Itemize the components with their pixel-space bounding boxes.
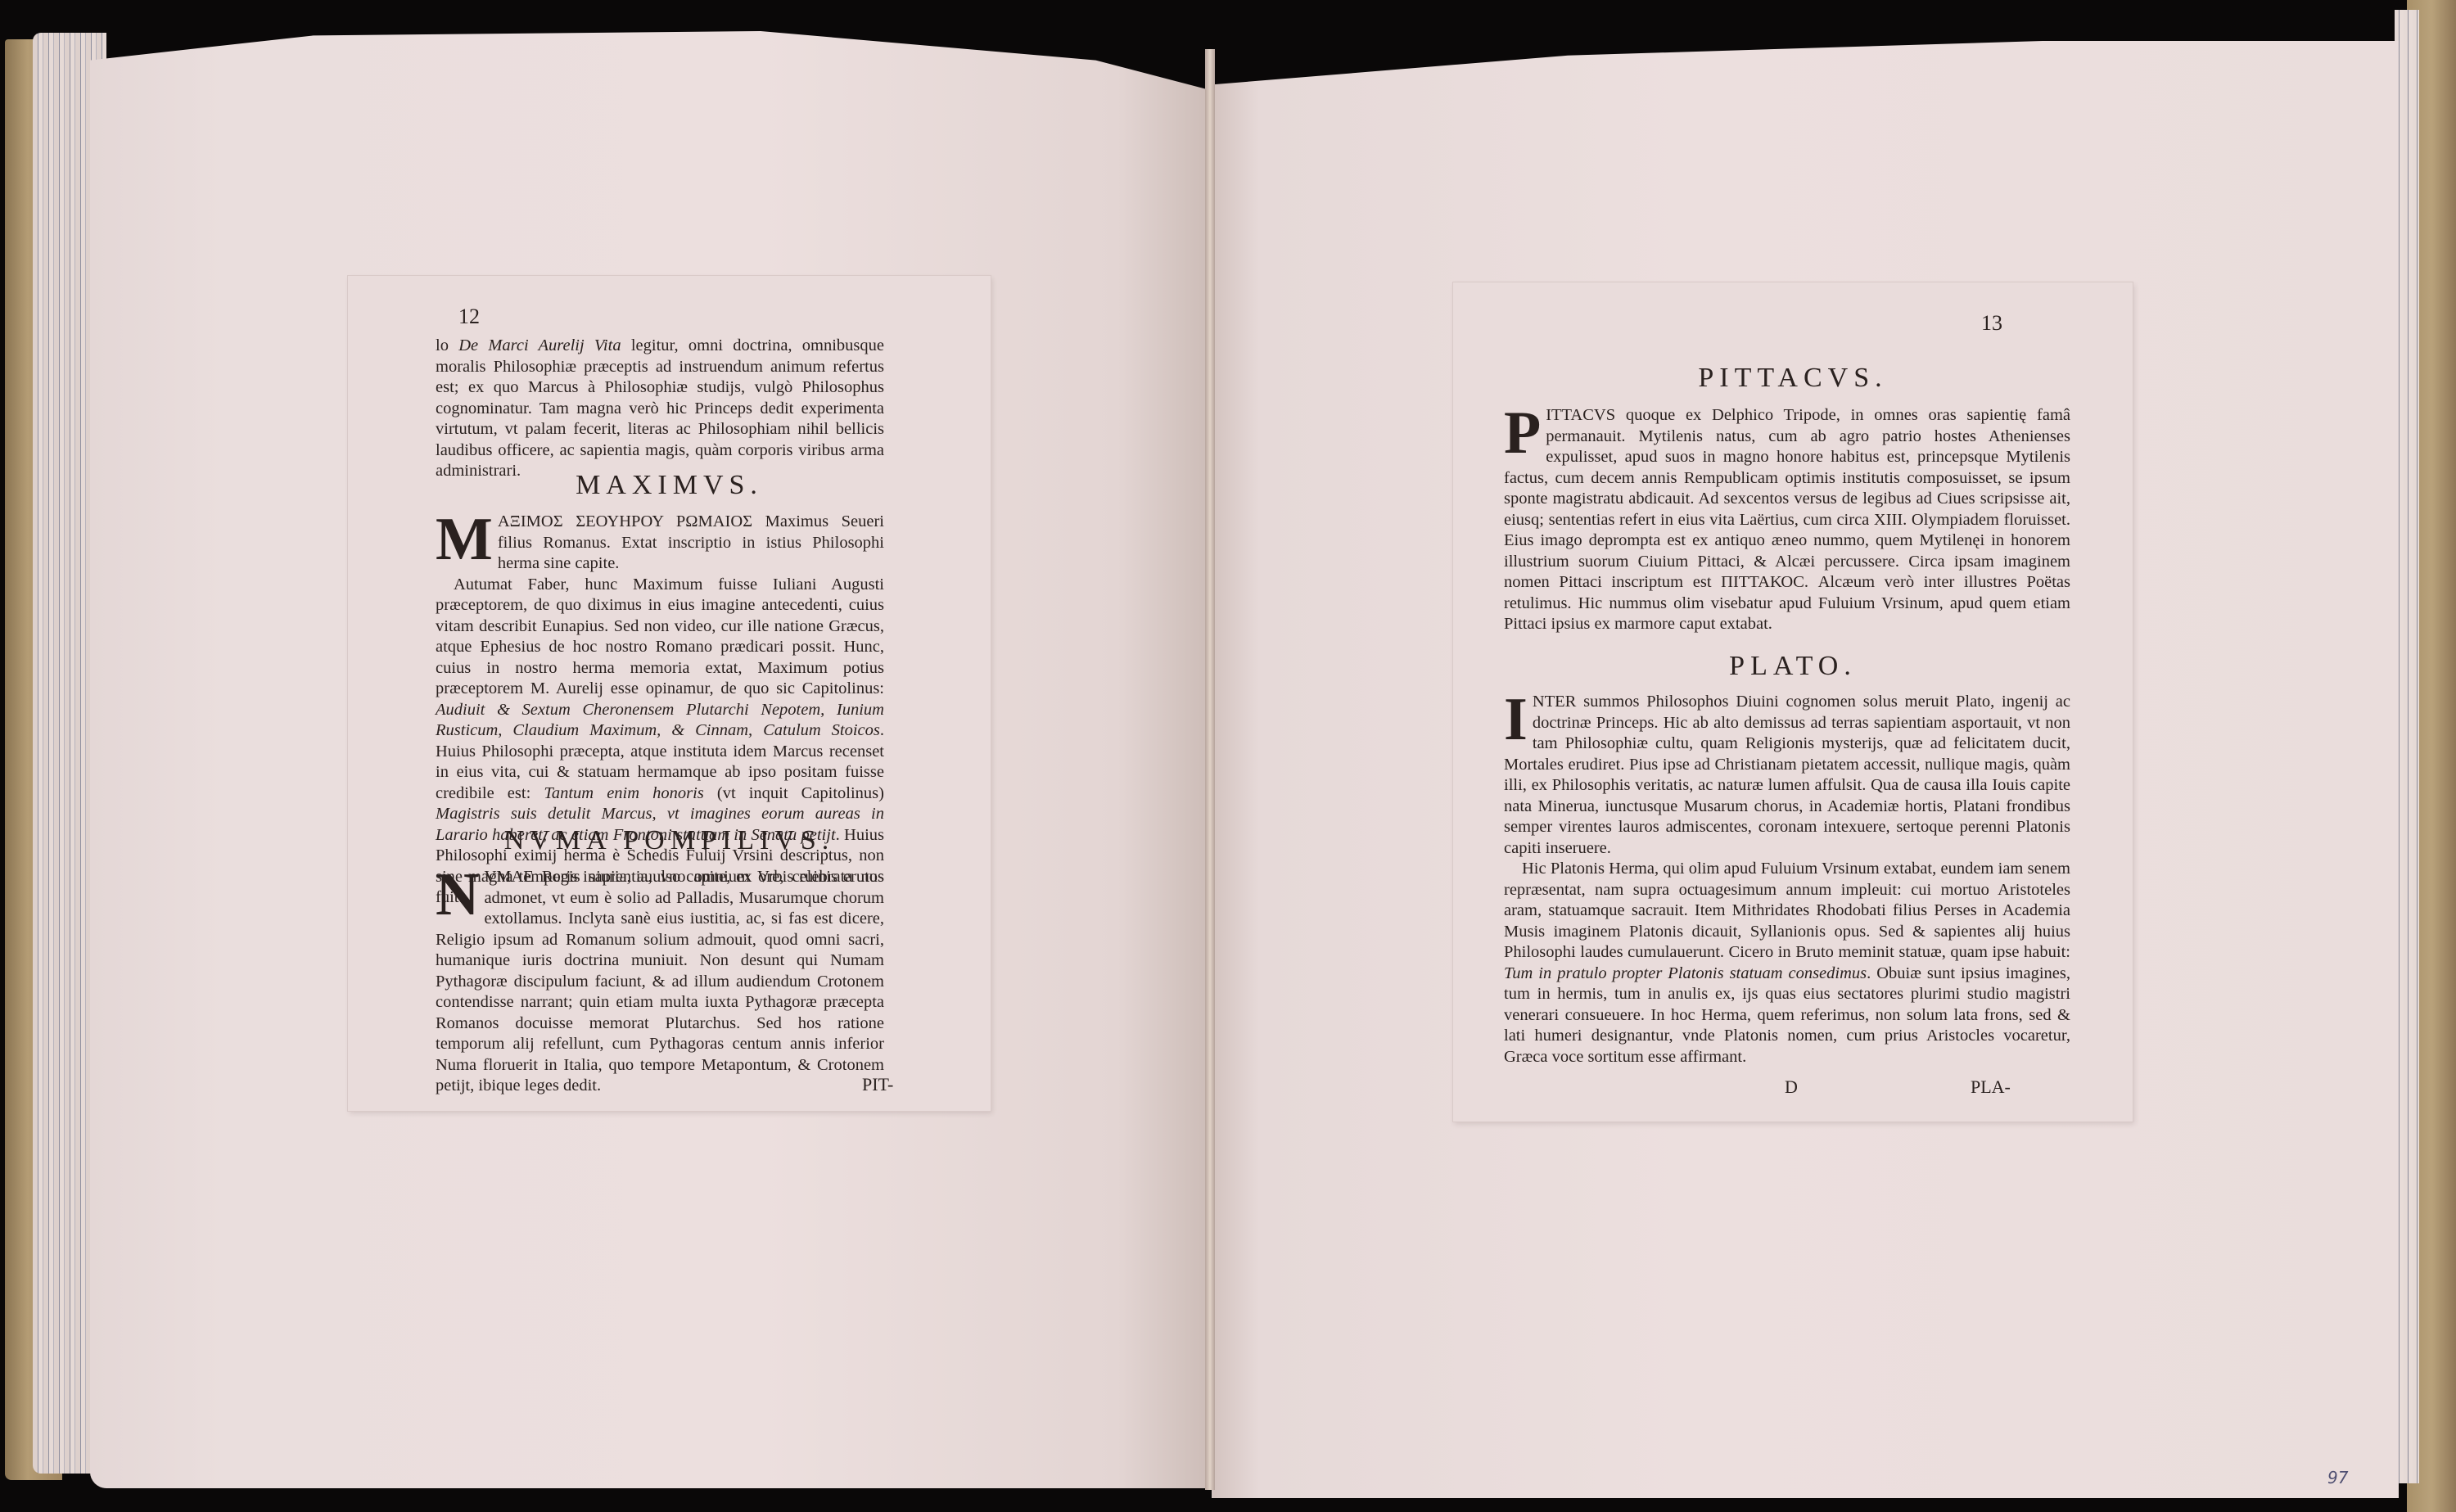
pencil-folio-number: 97 [2327, 1468, 2348, 1487]
drop-cap: P [1504, 408, 1541, 458]
drop-cap: M [436, 515, 493, 564]
pittacus-text: PITTACVS quoque ex Delphico Tripode, in … [1504, 405, 2070, 635]
signature-mark: D [1785, 1076, 1798, 1098]
section-heading-maximus: MAXIMVS. [348, 470, 991, 501]
section-heading-numa: NVMA POMPILIVS. [348, 825, 991, 856]
section-heading-pittacus: PITTACVS. [1453, 363, 2133, 394]
left-text-plate: 12 lo De Marci Aurelij Vita legitur, omn… [348, 276, 991, 1111]
catchword: PIT- [862, 1074, 893, 1095]
book-gutter [1205, 49, 1215, 1490]
page-number: 12 [458, 305, 480, 329]
page-number: 13 [1981, 311, 2002, 336]
catchword: PLA- [1971, 1076, 2011, 1098]
right-text-plate: 13 PITTACVS. PITTACVS quoque ex Delphico… [1453, 282, 2133, 1122]
plato-text: INTER summos Philosophos Diuini cognomen… [1504, 692, 2070, 1067]
drop-cap: I [1504, 695, 1528, 744]
continuation-paragraph: lo De Marci Aurelij Vita legitur, omni d… [436, 336, 884, 482]
drop-cap: N [436, 870, 479, 919]
section-heading-plato: PLATO. [1453, 651, 2133, 682]
numa-text: NVMAE Regis sapientia, vno omnium ore, c… [436, 867, 884, 1097]
